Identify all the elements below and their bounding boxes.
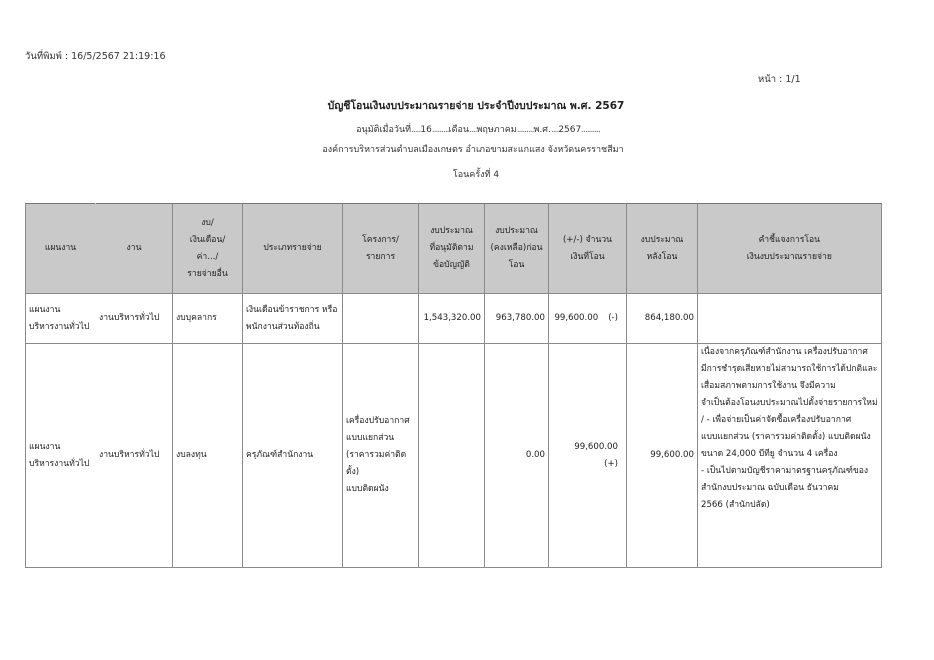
transfer-sign: (+)	[604, 456, 618, 473]
cell-plan: แผนงานบริหารงานทั่วไป	[26, 294, 96, 344]
header-line: (+/-) จำนวน	[552, 232, 623, 249]
header-line: รายจ่ายอื่น	[176, 266, 239, 283]
cell-transfer-amount: 99,600.00(+)	[549, 344, 627, 568]
header-line: หลังโอน	[630, 249, 694, 266]
header-line: งาน	[99, 240, 169, 257]
header-remaining-before: งบประมาณ(คงเหลือ)ก่อนโอน	[485, 204, 549, 294]
cell-line: บริหารงานทั่วไป	[29, 319, 92, 336]
header-line: โครงการ/	[346, 232, 415, 249]
cell-transfer-amount: 99,600.00(-)	[549, 294, 627, 344]
cell-expense-type: เงินเดือนข้าราชการ หรือพนักงานส่วนท้องถิ…	[243, 294, 343, 344]
cell-approved-budget	[419, 344, 485, 568]
approval-month-label: เดือน	[449, 125, 469, 135]
explanation-line: มีการชำรุดเสียหายไม่สามารถใช้การได้ปกติแ…	[701, 361, 878, 378]
header-line: งบประมาณ	[422, 223, 481, 240]
cell-line: พนักงานส่วนท้องถิ่น	[246, 319, 339, 336]
approval-year: 2567	[558, 125, 581, 135]
page-number: หน้า : 1/1	[758, 72, 801, 87]
transfer-amount-value: 99,600.00	[574, 442, 618, 452]
cell-project: เครื่องปรับอากาศแบบแยกส่วน(ราคารวมค่าติด…	[343, 344, 419, 568]
header-line: แผนงาน	[29, 240, 92, 257]
header-line: ที่อนุมัติตาม	[422, 240, 481, 257]
organization-name: องค์การบริหารส่วนตำบลเมืองเกษตร อำเภอขาม…	[0, 142, 934, 156]
explanation-line: จำเป็นต้องโอนงบประมาณไปตั้งจ่ายรายการใหม…	[701, 395, 878, 412]
cell-work: งานบริหารทั่วไป	[96, 344, 173, 568]
header-line: รายการ	[346, 249, 415, 266]
cell-after-transfer: 864,180.00	[627, 294, 698, 344]
cell-remaining-before: 0.00	[485, 344, 549, 568]
explanation-line: เสื่อมสภาพตามการใช้งาน จึงมีความ	[701, 378, 878, 395]
explanation-line: / - เพื่อจ่ายเป็นค่าจัดซื้อเครื่องปรับอา…	[701, 412, 878, 429]
cell-approved-budget: 1,543,320.00	[419, 294, 485, 344]
print-date: วันที่พิมพ์ : 16/5/2567 21:19:16	[25, 49, 166, 64]
explanation-line: สำนักงบประมาณ ฉบับเดือน ธันวาคม	[701, 480, 878, 497]
header-work: งาน	[96, 204, 173, 294]
approval-line: อนุมัติเมื่อวันที่.....16.........เดือน.…	[0, 122, 934, 136]
cell-line: แบบติดผนัง	[346, 481, 415, 498]
cell-explanation	[698, 294, 882, 344]
cell-plan: แผนงานบริหารงานทั่วไป	[26, 344, 96, 568]
header-plan: แผนงาน	[26, 204, 96, 294]
budget-transfer-table: แผนงานงานงบ/เงินเดือน/ค่า.../รายจ่ายอื่น…	[25, 203, 882, 568]
explanation-line: แบบแยกส่วน (ราคารวมค่าติดตั้ง) แบบติดผนั…	[701, 429, 878, 446]
transfer-round: โอนครั้งที่ 4	[0, 167, 934, 181]
header-line: คำชี้แจงการโอน	[701, 232, 878, 249]
table-row: แผนงานบริหารงานทั่วไปงานบริหารทั่วไปงบบุ…	[26, 294, 882, 344]
cell-budget-type: งบลงทุน	[173, 344, 243, 568]
header-line: (คงเหลือ)ก่อน	[488, 240, 545, 257]
header-line: ค่า.../	[176, 249, 239, 266]
header-line: ข้อบัญญัติ	[422, 257, 481, 274]
table-header-row: แผนงานงานงบ/เงินเดือน/ค่า.../รายจ่ายอื่น…	[26, 204, 882, 294]
header-line: งบประมาณ	[630, 232, 694, 249]
cell-line: แบบแยกส่วน	[346, 430, 415, 447]
explanation-line: ขนาด 24,000 บีทียู จำนวน 4 เครื่อง	[701, 446, 878, 463]
transfer-sign: (-)	[608, 310, 618, 327]
header-approved-budget: งบประมาณที่อนุมัติตามข้อบัญญัติ	[419, 204, 485, 294]
cell-work: งานบริหารทั่วไป	[96, 294, 173, 344]
cell-expense-type: ครุภัณฑ์สำนักงาน	[243, 344, 343, 568]
cell-explanation: เนื่องจากครุภัณฑ์สำนักงาน เครื่องปรับอาก…	[698, 344, 882, 568]
cell-after-transfer: 99,600.00	[627, 344, 698, 568]
cell-line: เงินเดือนข้าราชการ หรือ	[246, 302, 339, 319]
explanation-line: เนื่องจากครุภัณฑ์สำนักงาน เครื่องปรับอาก…	[701, 344, 878, 361]
header-after-transfer: งบประมาณหลังโอน	[627, 204, 698, 294]
cell-line: ครุภัณฑ์สำนักงาน	[246, 447, 339, 464]
header-expense-type: ประเภทรายจ่าย	[243, 204, 343, 294]
cell-line: แผนงาน	[29, 302, 92, 319]
cell-line: (ราคารวมค่าติดตั้ง)	[346, 447, 415, 481]
header-line: ประเภทรายจ่าย	[246, 240, 339, 257]
header-line: งบประมาณ	[488, 223, 545, 240]
header-line: งบ/	[176, 215, 239, 232]
cell-line: เครื่องปรับอากาศ	[346, 413, 415, 430]
explanation-line: 2566 (สำนักปลัด)	[701, 497, 878, 514]
header-project: โครงการ/รายการ	[343, 204, 419, 294]
header-line: เงินที่โอน	[552, 249, 623, 266]
cell-budget-type: งบบุคลากร	[173, 294, 243, 344]
header-budget-type: งบ/เงินเดือน/ค่า.../รายจ่ายอื่น	[173, 204, 243, 294]
explanation-line: - เป็นไปตามบัญชีราคามาตรฐานครุภัณฑ์ของ	[701, 463, 878, 480]
header-line: เงินเดือน/	[176, 232, 239, 249]
header-line: โอน	[488, 257, 545, 274]
transfer-amount-value: 99,600.00	[554, 313, 598, 323]
table-row: แผนงานบริหารงานทั่วไปงานบริหารทั่วไปงบลง…	[26, 344, 882, 568]
cell-line: แผนงาน	[29, 439, 92, 456]
document-title: บัญชีโอนเงินงบประมาณรายจ่าย ประจำปีงบประ…	[0, 97, 934, 114]
cell-remaining-before: 963,780.00	[485, 294, 549, 344]
approval-prefix: อนุมัติเมื่อวันที่	[356, 125, 411, 135]
header-line: เงินงบประมาณรายจ่าย	[701, 249, 878, 266]
approval-year-label: พ.ศ.	[534, 125, 551, 135]
approval-month: พฤษภาคม	[476, 125, 516, 135]
approval-day: 16	[420, 125, 431, 135]
cell-project	[343, 294, 419, 344]
header-transfer-amount: (+/-) จำนวนเงินที่โอน	[549, 204, 627, 294]
cell-line: บริหารงานทั่วไป	[29, 456, 92, 473]
header-explanation: คำชี้แจงการโอนเงินงบประมาณรายจ่าย	[698, 204, 882, 294]
